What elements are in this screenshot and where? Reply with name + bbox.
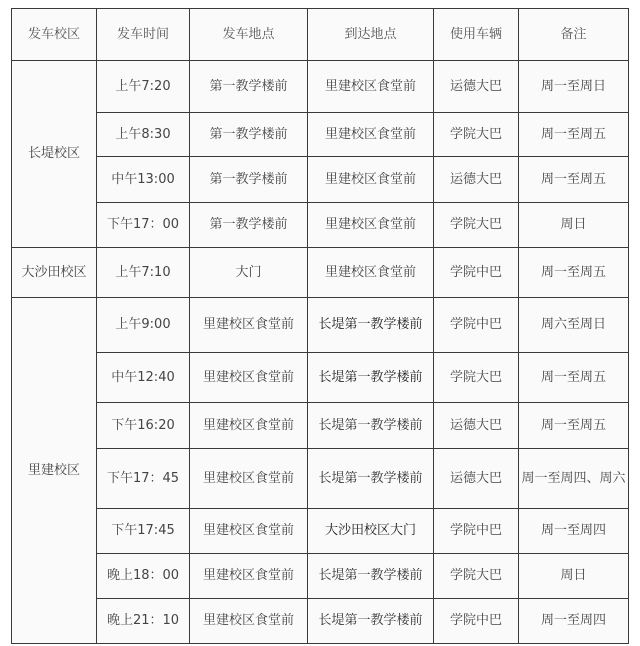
- note-cell: 周一至周五: [519, 353, 629, 403]
- bus-schedule-table: 发车校区 发车时间 发车地点 到达地点 使用车辆 备注 长堤校区 上午7:20 …: [11, 8, 629, 644]
- time-cell: 上午7:20: [97, 61, 190, 113]
- to-cell: 大沙田校区大门: [308, 509, 434, 554]
- table-row: 里建校区 上午9:00 里建校区食堂前 长堤第一教学楼前 学院中巴 周六至周日: [12, 298, 629, 353]
- vehicle-cell: 学院大巴: [434, 353, 519, 403]
- time-cell: 下午16:20: [97, 403, 190, 449]
- time-cell: 上午8:30: [97, 113, 190, 157]
- time-cell: 中午12:40: [97, 353, 190, 403]
- table-row: 大沙田校区 上午7:10 大门 里建校区食堂前 学院中巴 周一至周五: [12, 248, 629, 298]
- header-from: 发车地点: [190, 9, 308, 61]
- table-row: 下午17:45 里建校区食堂前 大沙田校区大门 学院中巴 周一至周四: [12, 509, 629, 554]
- header-time: 发车时间: [97, 9, 190, 61]
- note-cell: 周一至周四: [519, 599, 629, 644]
- from-cell: 里建校区食堂前: [190, 449, 308, 509]
- table-row: 中午12:40 里建校区食堂前 长堤第一教学楼前 学院大巴 周一至周五: [12, 353, 629, 403]
- time-cell: 晚上18：00: [97, 554, 190, 599]
- note-cell: 周一至周四、周六: [519, 449, 629, 509]
- vehicle-cell: 学院中巴: [434, 599, 519, 644]
- to-cell: 长堤第一教学楼前: [308, 449, 434, 509]
- header-note: 备注: [519, 9, 629, 61]
- vehicle-cell: 运德大巴: [434, 403, 519, 449]
- table-row: 晚上21：10 里建校区食堂前 长堤第一教学楼前 学院中巴 周一至周四: [12, 599, 629, 644]
- from-cell: 里建校区食堂前: [190, 403, 308, 449]
- time-cell: 中午13:00: [97, 157, 190, 203]
- time-cell: 上午7:10: [97, 248, 190, 298]
- to-cell: 长堤第一教学楼前: [308, 554, 434, 599]
- to-cell: 里建校区食堂前: [308, 61, 434, 113]
- from-cell: 里建校区食堂前: [190, 298, 308, 353]
- campus-cell: 大沙田校区: [12, 248, 97, 298]
- header-to: 到达地点: [308, 9, 434, 61]
- time-cell: 下午17：00: [97, 203, 190, 248]
- note-cell: 周一至周五: [519, 113, 629, 157]
- note-cell: 周六至周日: [519, 298, 629, 353]
- note-cell: 周一至周日: [519, 61, 629, 113]
- time-cell: 下午17:45: [97, 509, 190, 554]
- to-cell: 里建校区食堂前: [308, 203, 434, 248]
- vehicle-cell: 学院大巴: [434, 554, 519, 599]
- from-cell: 第一教学楼前: [190, 113, 308, 157]
- to-cell: 里建校区食堂前: [308, 157, 434, 203]
- header-campus: 发车校区: [12, 9, 97, 61]
- campus-cell: 长堤校区: [12, 61, 97, 248]
- from-cell: 第一教学楼前: [190, 61, 308, 113]
- to-cell: 长堤第一教学楼前: [308, 403, 434, 449]
- table-row: 上午8:30 第一教学楼前 里建校区食堂前 学院大巴 周一至周五: [12, 113, 629, 157]
- table-row: 下午17：45 里建校区食堂前 长堤第一教学楼前 运德大巴 周一至周四、周六: [12, 449, 629, 509]
- time-cell: 下午17：45: [97, 449, 190, 509]
- table-row: 晚上18：00 里建校区食堂前 长堤第一教学楼前 学院大巴 周日: [12, 554, 629, 599]
- vehicle-cell: 学院中巴: [434, 509, 519, 554]
- note-cell: 周一至周四: [519, 509, 629, 554]
- note-cell: 周日: [519, 554, 629, 599]
- note-cell: 周一至周五: [519, 248, 629, 298]
- vehicle-cell: 运德大巴: [434, 157, 519, 203]
- vehicle-cell: 学院中巴: [434, 248, 519, 298]
- from-cell: 大门: [190, 248, 308, 298]
- note-cell: 周一至周五: [519, 403, 629, 449]
- vehicle-cell: 学院大巴: [434, 203, 519, 248]
- campus-cell: 里建校区: [12, 298, 97, 644]
- to-cell: 长堤第一教学楼前: [308, 353, 434, 403]
- note-cell: 周一至周五: [519, 157, 629, 203]
- to-cell: 长堤第一教学楼前: [308, 298, 434, 353]
- table-row: 下午16:20 里建校区食堂前 长堤第一教学楼前 运德大巴 周一至周五: [12, 403, 629, 449]
- table-row: 下午17：00 第一教学楼前 里建校区食堂前 学院大巴 周日: [12, 203, 629, 248]
- header-row: 发车校区 发车时间 发车地点 到达地点 使用车辆 备注: [12, 9, 629, 61]
- vehicle-cell: 运德大巴: [434, 449, 519, 509]
- from-cell: 里建校区食堂前: [190, 509, 308, 554]
- from-cell: 里建校区食堂前: [190, 353, 308, 403]
- from-cell: 里建校区食堂前: [190, 554, 308, 599]
- vehicle-cell: 运德大巴: [434, 61, 519, 113]
- header-vehicle: 使用车辆: [434, 9, 519, 61]
- time-cell: 晚上21：10: [97, 599, 190, 644]
- to-cell: 里建校区食堂前: [308, 113, 434, 157]
- note-cell: 周日: [519, 203, 629, 248]
- from-cell: 第一教学楼前: [190, 157, 308, 203]
- time-cell: 上午9:00: [97, 298, 190, 353]
- vehicle-cell: 学院大巴: [434, 113, 519, 157]
- from-cell: 里建校区食堂前: [190, 599, 308, 644]
- vehicle-cell: 学院中巴: [434, 298, 519, 353]
- to-cell: 里建校区食堂前: [308, 248, 434, 298]
- from-cell: 第一教学楼前: [190, 203, 308, 248]
- table-row: 长堤校区 上午7:20 第一教学楼前 里建校区食堂前 运德大巴 周一至周日: [12, 61, 629, 113]
- table-row: 中午13:00 第一教学楼前 里建校区食堂前 运德大巴 周一至周五: [12, 157, 629, 203]
- to-cell: 长堤第一教学楼前: [308, 599, 434, 644]
